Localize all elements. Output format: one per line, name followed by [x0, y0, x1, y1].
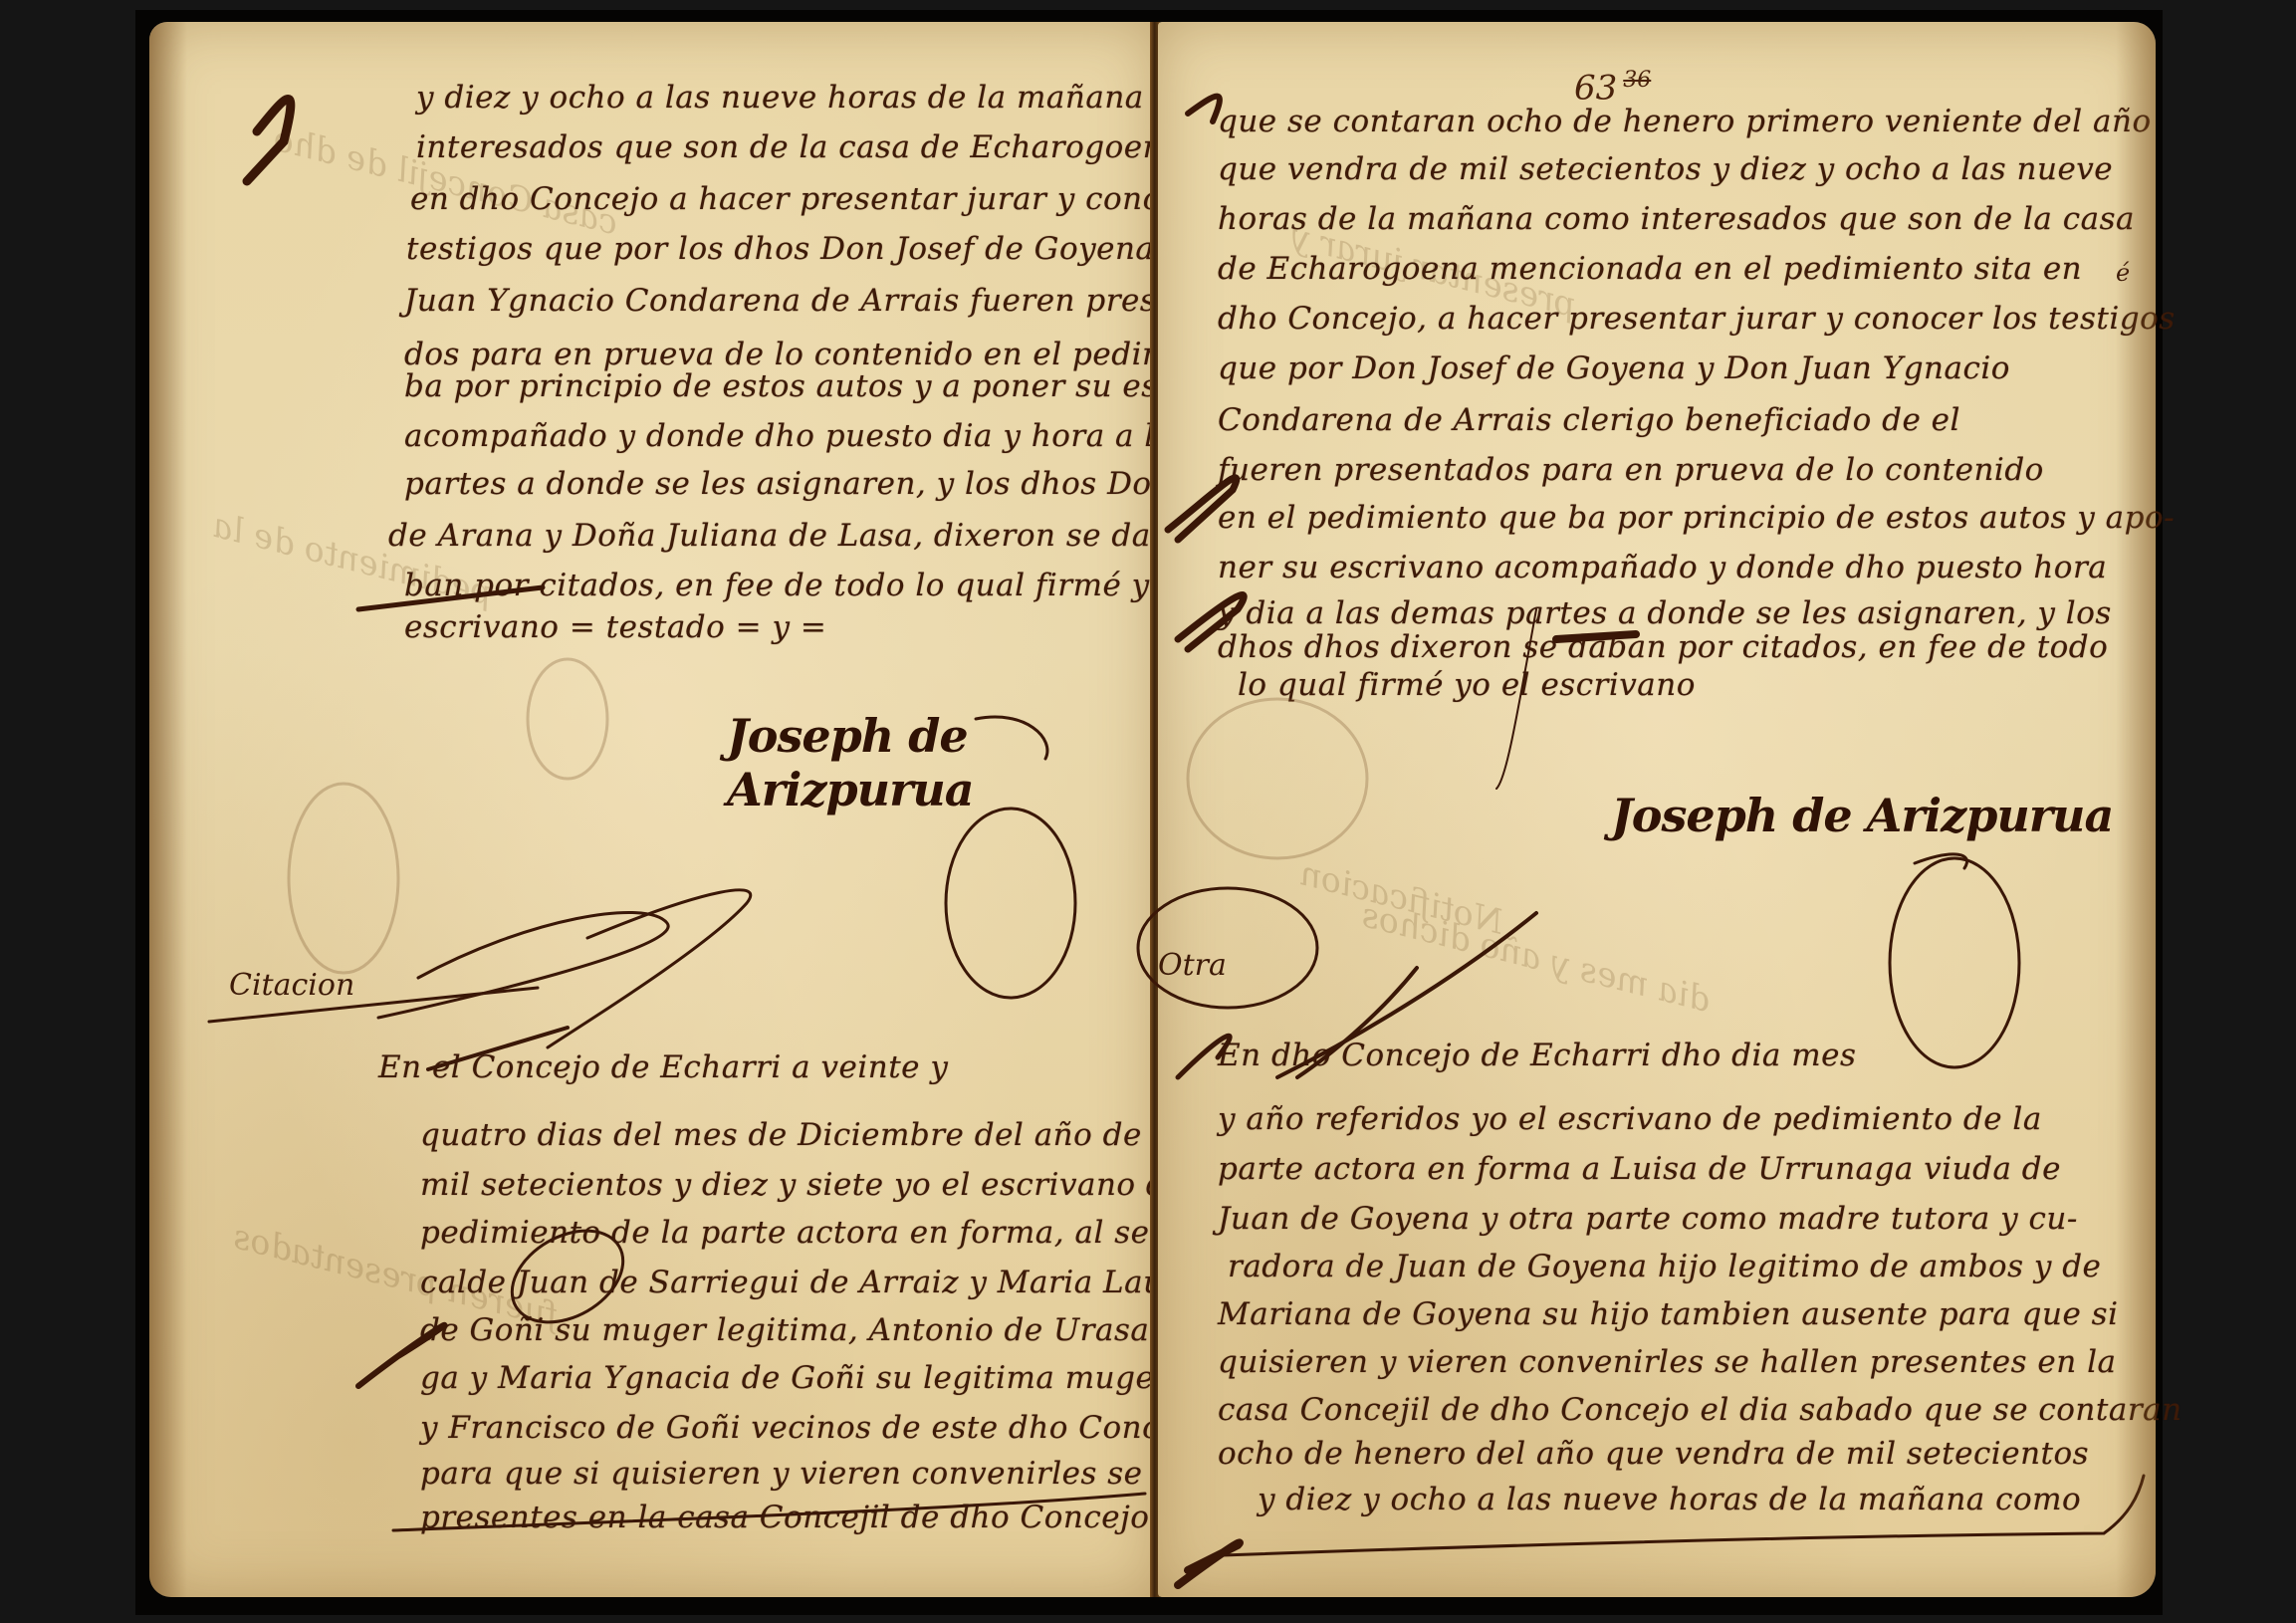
manuscript-line: ocho de henero del año que vendra de mil… — [1218, 1436, 2089, 1472]
manuscript-line: Juan Ygnacio Condarena de Arrais fueren … — [404, 283, 1239, 319]
manuscript-line: fueren presentados para en prueva de lo … — [1218, 452, 2044, 488]
manuscript-line: interesados que son de la casa de Echaro… — [416, 129, 1251, 165]
manuscript-line: horas de la mañana como interesados que … — [1218, 201, 2135, 237]
manuscript-line: parte actora en forma a Luisa de Urrunag… — [1218, 1151, 2061, 1187]
manuscript-line: que por Don Josef de Goyena y Don Juan Y… — [1218, 350, 2010, 386]
manuscript-line: calde Juan de Sarriegui de Arraiz y Mari… — [420, 1265, 1227, 1300]
folio-number: 6336 — [1574, 68, 1651, 108]
manuscript-line: que se contaran ocho de henero primero v… — [1218, 104, 2152, 139]
manuscript-line: y diez y ocho a las nueve horas de la ma… — [416, 80, 1240, 116]
manuscript-line: de Goñi su muger legitima, Antonio de Ur… — [420, 1312, 1226, 1348]
manuscript-line: mil setecientos y diez y siete yo el esc… — [420, 1167, 1185, 1203]
manuscript-line: ga y Maria Ygnacia de Goñi su legitima m… — [420, 1360, 1170, 1396]
manuscript-line: pedimiento de la parte actora en forma, … — [420, 1215, 1259, 1251]
manuscript-line: ban por citados, en fee de todo lo qual … — [404, 568, 1208, 603]
manuscript-line: ner su escrivano acompañado y donde dho … — [1218, 550, 2107, 585]
manuscript-line: de Echarogoena mencionada en el pedimien… — [1218, 251, 2082, 287]
manuscript-line: dho Concejo, a hacer presentar jurar y c… — [1218, 301, 2176, 337]
margin-note-otra: Otra — [1158, 948, 1227, 983]
manuscript-line: que vendra de mil setecientos y diez y o… — [1218, 151, 2113, 187]
manuscript-line: casa Concejil de dho Concejo el dia saba… — [1218, 1392, 2182, 1428]
manuscript-line: en el pedimiento que ba por principio de… — [1218, 500, 2175, 536]
margin-note-citacion: Citacion — [229, 968, 354, 1003]
manuscript-line: En el Concejo de Echarri a veinte y — [378, 1049, 948, 1085]
manuscript-line: para que si quisieren y vieren convenirl… — [420, 1456, 1252, 1492]
manuscript-line: lo qual firmé yo el escrivano — [1238, 667, 1696, 703]
manuscript-line: escrivano = testado = y = — [404, 609, 826, 645]
manuscript-line: quatro dias del mes de Diciembre del año… — [420, 1117, 1142, 1153]
edge-mark: é — [2116, 259, 2130, 287]
manuscript-line: y dia a las demas partes a donde se les … — [1218, 595, 2112, 631]
right-page: Notificacion dia mes y año dichos presen… — [1158, 22, 2156, 1597]
folio-current: 63 — [1574, 68, 1617, 108]
manuscript-line: Juan de Goyena y otra parte como madre t… — [1218, 1201, 2078, 1237]
folio-struck: 36 — [1623, 68, 1651, 93]
left-page: casa Concejil de dho pedimiento de la fu… — [149, 22, 1155, 1597]
manuscript-line: y Francisco de Goñi vecinos de este dho … — [420, 1410, 1208, 1446]
bleed-through-text: dia mes y año dichos — [1357, 895, 1714, 1021]
manuscript-line: ba por principio de estos autos y a pone… — [404, 368, 1277, 404]
manuscript-line: dhos dhos dixeron se daban por citados, … — [1218, 629, 2108, 665]
manuscript-line: quisieren y vieren convenirles se hallen… — [1218, 1344, 2116, 1380]
manuscript-line: Mariana de Goyena su hijo tambien ausent… — [1218, 1296, 2119, 1332]
notary-signature: Joseph de Arizpurua — [727, 709, 1155, 816]
manuscript-line: y diez y ocho a las nueve horas de la ma… — [1258, 1482, 2081, 1517]
manuscript-line: de Arana y Doña Juliana de Lasa, dixeron… — [388, 518, 1162, 554]
manuscript-line: y año referidos yo el escrivano de pedim… — [1218, 1101, 2042, 1137]
manuscript-line: testigos que por los dhos Don Josef de G… — [406, 231, 1258, 267]
manuscript-line: En dho Concejo de Echarri dho dia mes — [1218, 1038, 1856, 1073]
manuscript-line: Condarena de Arrais clerigo beneficiado … — [1218, 402, 1960, 438]
manuscript-line: radora de Juan de Goyena hijo legitimo d… — [1228, 1249, 2101, 1284]
notary-signature: Joseph de Arizpurua — [1611, 789, 2113, 842]
